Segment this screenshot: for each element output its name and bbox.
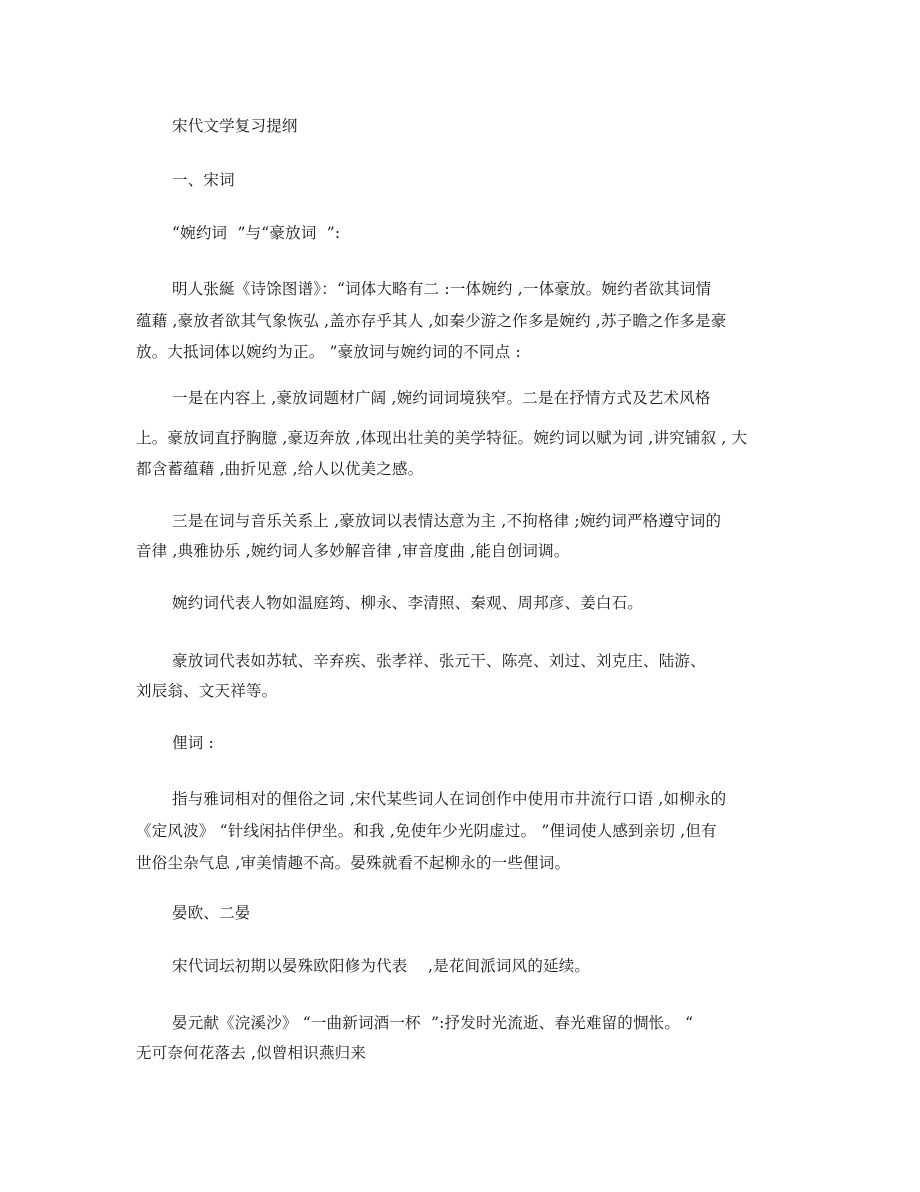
- paragraph-line: 上。豪放词直抒胸臆 ,豪迈奔放 ,体现出壮美的美学特征。婉约词以赋为词 ,讲究铺…: [136, 428, 747, 448]
- section-heading: 一、宋词: [172, 170, 235, 190]
- paragraph-line: 世俗尘杂气息 ,审美情趣不高。晏殊就看不起柳永的一些俚词。: [136, 853, 570, 873]
- paragraph-line: 婉约词代表人物如温庭筠、柳永、李清照、秦观、周邦彦、姜白石。: [172, 593, 643, 613]
- paragraph-line: 指与雅词相对的俚俗之词 ,宋代某些词人在词创作中使用市井流行口语 ,如柳永的: [172, 789, 726, 809]
- paragraph-line: 一是在内容上 ,豪放词题材广阔 ,婉约词词境狭窄。二是在抒情方式及艺术风格: [172, 388, 711, 408]
- document-page: 宋代文学复习提纲 一、宋词 “婉约词 ”与“豪放词 ”: 明人张綖《诗馀图谱》：…: [0, 0, 920, 1192]
- subheading-li-ci: 俚词 :: [172, 733, 214, 753]
- paragraph-line: 豪放词代表如苏轼、辛弃疾、张孝祥、张元干、陈亮、刘过、刘克庄、陆游、: [172, 651, 706, 671]
- paragraph-line: 都含蓄蕴藉 ,曲折见意 ,给人以优美之感。: [136, 459, 423, 479]
- paragraph-line: 三是在词与音乐关系上 ,豪放词以表情达意为主 ,不拘格律 ;婉约词严格遵守词的: [172, 511, 721, 531]
- document-title: 宋代文学复习提纲: [172, 116, 298, 136]
- paragraph-line: 宋代词坛初期以晏殊欧阳修为代表 ,是花间派词风的延续。: [172, 956, 590, 976]
- subheading-wanyue-haofang: “婉约词 ”与“豪放词 ”:: [172, 223, 340, 243]
- subheading-yan-ou: 晏欧、二晏: [172, 903, 251, 923]
- paragraph-line: 明人张綖《诗馀图谱》：“词体大略有二 :一体婉约 ,一体豪放。婉约者欲其词情: [172, 279, 711, 299]
- paragraph-line: 音律 ,典雅协乐 ,婉约词人多妙解音律 ,审音度曲 ,能自创词调。: [136, 541, 570, 561]
- paragraph-line: 刘辰翁、文天祥等。: [136, 681, 277, 701]
- paragraph-line: 蕴藉 ,豪放者欲其气象恢弘 ,盖亦存乎其人 ,如秦少游之作多是婉约 ,苏子瞻之作…: [136, 311, 727, 331]
- paragraph-line: 《定风波》 “针线闲拈伴伊坐。和我 ,免使年少光阴虚过。 ”俚词使人感到亲切 ,…: [136, 821, 717, 841]
- paragraph-line: 无可奈何花落去 ,似曾相识燕归来: [136, 1043, 366, 1063]
- paragraph-line: 放。大抵词体以婉约为正。 ”豪放词与婉约词的不同点 :: [136, 342, 521, 362]
- paragraph-line: 晏元献《浣溪沙》 “一曲新词酒一杯 ”:抒发时光流逝、春光难留的惆怅。 “: [172, 1013, 693, 1033]
